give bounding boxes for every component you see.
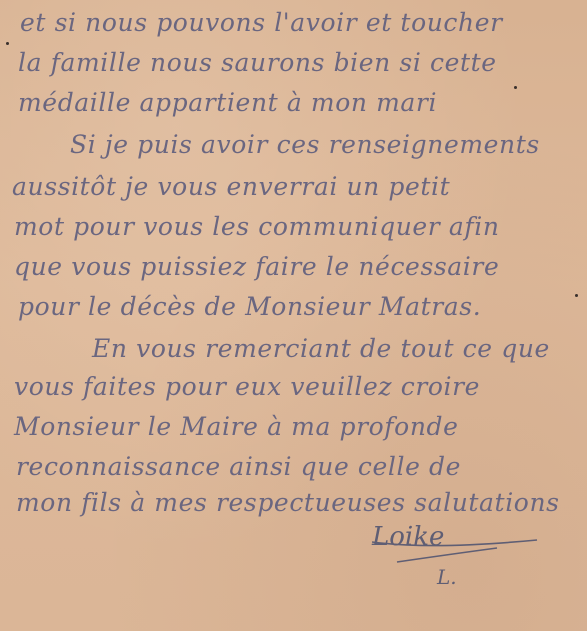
letter-line-7: que vous puissiez faire le nécessaire [14,252,499,281]
letter-line-12: reconnaissance ainsi que celle de [16,452,461,481]
letter-line-13: mon fils à mes respectueuses salutations [16,488,560,517]
signature-initial: L. [437,565,457,589]
signature-flourish-icon [372,530,542,580]
letter-line-11: Monsieur le Maire à ma profonde [14,412,459,441]
letter-line-1: et si nous pouvons l'avoir et toucher [20,8,580,37]
letter-page: et si nous pouvons l'avoir et toucher la… [0,0,587,631]
letter-line-10: vous faites pour eux veuillez croire [14,372,480,401]
paper-speck [6,42,9,45]
letter-line-8: pour le décès de Monsieur Matras. [18,292,481,321]
paper-speck [514,86,517,89]
letter-line-9: En vous remerciant de tout ce que [92,334,550,363]
letter-line-4: Si je puis avoir ces renseignements [70,130,540,159]
paper-speck [575,294,578,297]
letter-line-2: la famille nous saurons bien si cette [18,48,497,77]
letter-line-5: aussitôt je vous enverrai un petit [12,172,450,201]
letter-line-3: médaille appartient à mon mari [18,88,437,117]
letter-line-6: mot pour vous les communiquer afin [14,212,500,241]
